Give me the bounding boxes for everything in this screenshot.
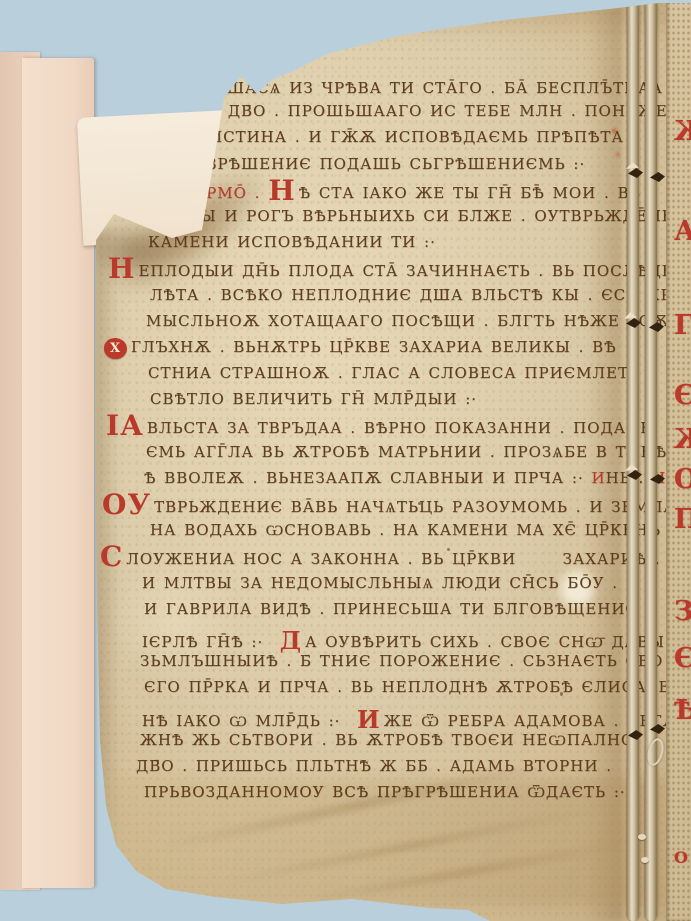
stain-streak-2: [223, 806, 598, 886]
margin-red-letter: з: [674, 598, 691, 625]
rubric-initial: Оу: [102, 488, 151, 521]
body-text: єго пр̄рка и прч̄а . вь неплоднѣ ѫтробѣ …: [144, 678, 691, 696]
stain-streak-3: [302, 839, 629, 905]
text-line: камени исповѣдании ти :·: [100, 233, 628, 259]
body-text: жнѣ жь сьтвори . вь ѫтробѣ твоєи неѡпал̄…: [140, 731, 634, 749]
body-text: свѣтло величить гн̄ млр̄дыи :·: [150, 390, 477, 408]
facing-page-edge: жагєжопзєѣо: [666, 0, 691, 921]
margin-red-letter: ѣ: [674, 697, 691, 724]
body-text: на водахь ѡсновавь . на камени ма хє̄ цр…: [150, 521, 691, 539]
text-line: єго пр̄рка и прч̄а . вь неплоднѣ ѫтробѣ …: [100, 678, 628, 704]
rubric-text: И: [592, 469, 606, 487]
body-text: ѣ . разрѣшениє подашь сьгрѣшениємь :·: [150, 155, 585, 173]
body-text: и гаврила видѣ . принесьша ти бл̄говѣщен…: [144, 600, 651, 618]
body-text: ємь агг̄ла вь ѫтробѣ матрьнии . прозѧбе …: [146, 443, 667, 461]
rubric-initial: В: [120, 69, 145, 102]
text-line: прьвозданномоу всѣ прѣгрѣшениа ѿдаєть :·: [100, 783, 628, 809]
body-text: тврьждениє ва̄вь начѧтьць разоумомь . и …: [154, 498, 676, 516]
thread-knot: [641, 857, 649, 863]
text-line: Оутврьждениє ва̄вь начѧтьць разоумомь . …: [100, 495, 628, 521]
text-line: ієрлѣ гн̄ѣ :· Да оувѣрить сихь . своє сн…: [100, 626, 628, 652]
body-text: дв̄о . пришьсь пльтнѣ ж бь̄ . адамь втор…: [136, 757, 612, 775]
manuscript-photo: Вьпльщьшасѧ из чрѣва ти ста̄го . ба̄ бес…: [0, 0, 691, 921]
body-text: мысльноѫ хотащааго посѣщи . бл̄гть нѣже …: [146, 312, 689, 330]
body-text: ѣ ста іако же ты гн̄ бѣ̄ мои . вь: [299, 184, 641, 202]
text-line: ІАвльста за твръдаа . вѣрно показанни . …: [100, 416, 628, 442]
margin-red-letter: а: [674, 218, 691, 245]
body-text: прьвозданномоу всѣ прѣгрѣшениа ѿдаєть :·: [144, 783, 626, 801]
body-text: лоужениа нос а законна . вь цр̄кви захар…: [126, 550, 660, 568]
thread-knot: [638, 834, 646, 840]
text-line: Вьпльщьшасѧ из чрѣва ти ста̄го . ба̄ бес…: [100, 76, 628, 102]
body-text: вльста за твръдаа . вѣрно показанни . по…: [147, 419, 656, 437]
body-text: го бц̄е дв̄о . прошьшааго ис тебе мл̄н .…: [150, 102, 691, 120]
margin-red-letter: є: [674, 382, 691, 409]
text-line: свѣтло величить гн̄ млр̄дыи :·: [100, 390, 628, 416]
text-line: на водахь ѡсновавь . на камени ма хє̄ цр…: [100, 521, 628, 547]
rubric-initial: х: [104, 338, 127, 359]
text-line: и гаврила видѣ . принесьша ти бл̄говѣщен…: [100, 600, 628, 626]
rubric-initial: Н: [108, 252, 135, 285]
text-line: зьмлъшныиѣ . б̄ тниє порожениє . сьзнаєт…: [100, 652, 628, 678]
text-line: хглъхнѫ . вьнѫтрь цр̄кве захариа великы …: [100, 338, 628, 364]
binding-cord-right: [645, 0, 657, 921]
margin-red-letter: г: [674, 312, 691, 339]
text-line: нѣ іако ѡ млр̄дь :· Иже ѿ ребра адамова …: [100, 705, 628, 731]
margin-red-letter: ж: [674, 118, 691, 145]
text-line: мысльноѫ хотащааго посѣщи . бл̄гть нѣже …: [100, 312, 628, 338]
text-line: жнѣ жь сьтвори . вь ѫтробѣ твоєи неѡпал̄…: [100, 731, 628, 757]
rubric-initial: С: [100, 540, 123, 573]
rubric-initial: Д: [280, 626, 302, 655]
body-text: ьпльщьшасѧ из чрѣва ти ста̄го . ба̄ бесп…: [148, 79, 663, 97]
body-text: ѣ вволеѫ . вьнезаапѫ славныи и прч̄а :·: [144, 469, 592, 487]
body-text: камени исповѣдании ти :·: [148, 233, 436, 251]
margin-red-letter: ж: [674, 426, 691, 453]
body-text: знесы и рогъ вѣрьныихь си бл̄же . оутврь…: [152, 207, 688, 225]
body-text: еплодыи дн̄ь плода ста̄ зачиннаєть . вь …: [138, 262, 691, 280]
margin-red-letter: є: [674, 645, 691, 672]
body-text: зьмлъшныиѣ . б̄ тниє порожениє . сьзнаєт…: [140, 652, 663, 670]
body-text: ієрлѣ гн̄ѣ :·: [142, 633, 279, 651]
rubric-initial: Н: [268, 174, 295, 207]
text-line: лѣта . всѣко неплодниє дш̄а вльстѣ кы . …: [100, 286, 628, 312]
text-line: Слоужениа нос а законна . вь цр̄кви заха…: [100, 547, 628, 573]
text-line: ѣ вволеѫ . вьнезаапѫ славныи и прч̄а :· …: [100, 469, 628, 495]
rubric-initial: ІА: [106, 409, 144, 442]
margin-red-letter: о: [674, 466, 691, 493]
body-text: и млт̄вы за недомысльныѧ люди сн̄сь бо̄у…: [142, 574, 618, 592]
stain-top-band: [240, 0, 691, 42]
body-text: лѣта . всѣко неплодниє дш̄а вльстѣ кы . …: [150, 286, 685, 304]
rubric-initial: И: [357, 705, 381, 734]
body-text: стниа страшноѫ . глас а словеса приємлет…: [148, 364, 654, 382]
margin-red-letter: п: [674, 506, 691, 533]
body-text: нѣ іако ѡ млр̄дь :·: [142, 712, 356, 730]
binding-cord-left: [627, 0, 639, 921]
text-line: дв̄о . пришьсь пльтнѣ ж бь̄ . адамь втор…: [100, 757, 628, 783]
body-text: глъхнѫ . вьнѫтрь цр̄кве захариа великы .…: [131, 338, 617, 356]
margin-red-letter: о: [674, 850, 688, 866]
text-line: стниа страшноѫ . глас а словеса приємлет…: [100, 364, 628, 390]
text-line: и млт̄вы за недомысльныѧ люди сн̄сь бо̄у…: [100, 574, 628, 600]
text-line: ємь агг̄ла вь ѫтробѣ матрьнии . прозѧбе …: [100, 443, 628, 469]
text-line: Неплодыи дн̄ь плода ста̄ зачиннаєть . вь…: [100, 259, 628, 285]
